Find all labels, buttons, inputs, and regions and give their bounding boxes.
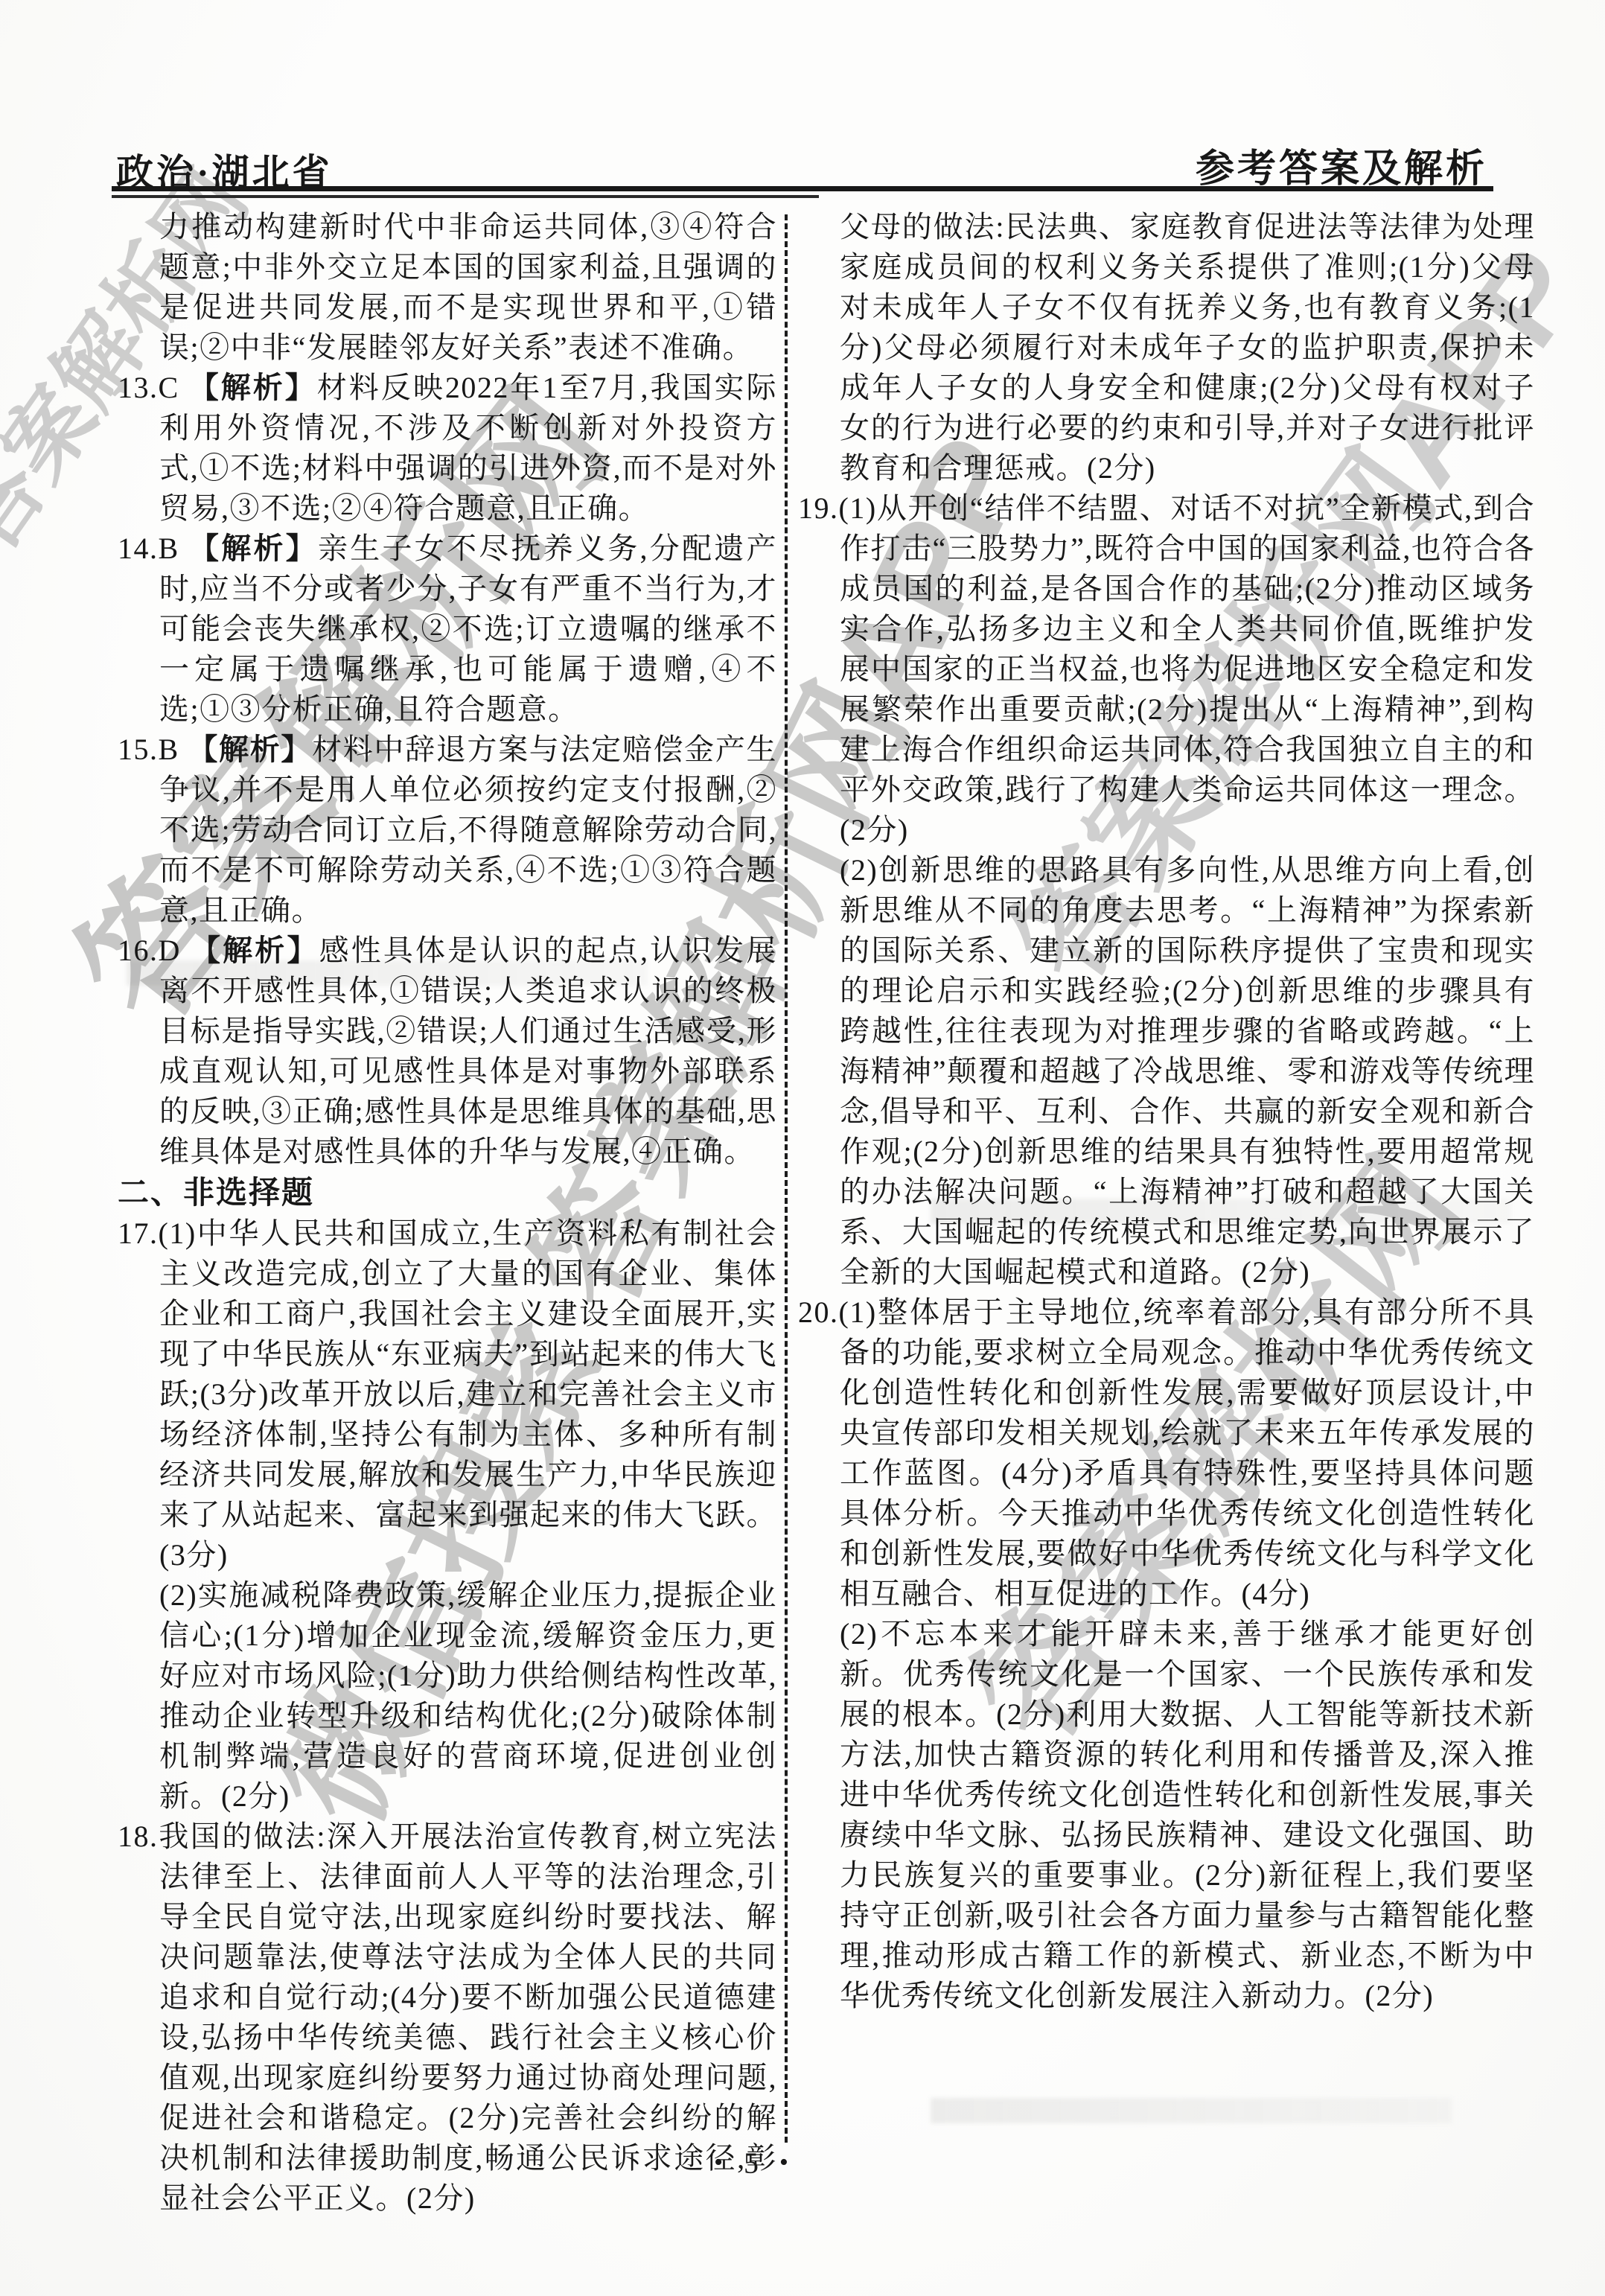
analysis-tag: 【解析】 <box>191 934 319 967</box>
page-number-row: •5• <box>0 2146 1504 2181</box>
answer-text: (2)实施减税降费政策,缓解企业压力,提振企业信心;(1分)增加企业现金流,缓解… <box>159 1578 777 1813</box>
item-number: 15.B <box>118 733 188 766</box>
scanned-answer-page: 答案解析网 答案解析网 微信搜索 答案解析网APP 答案解析网APP 答案解析网… <box>0 0 1605 2296</box>
header-rule <box>112 186 1493 191</box>
answer-text: 力推动构建新时代中非命运共同体,③④符合题意;中非外交立足本国的国家利益,且强调… <box>159 210 777 364</box>
page-title: 参考答案及解析 <box>1196 137 1487 193</box>
answer-text: 从开创“结伴不结盟、对话不对抗”全新模式,到合作打击“三股势力”,既符合中国的国… <box>840 491 1535 846</box>
answer-paragraph: (2)实施减税降费政策,缓解企业压力,提振企业信心;(1分)增加企业现金流,缓解… <box>118 1575 777 1817</box>
header-rule-shadow <box>112 195 819 198</box>
answer-text: (2)不忘本来才能开辟未来,善于继承才能更好创新。优秀传统文化是一个国家、一个民… <box>840 1617 1535 2012</box>
answer-item: 16.D 【解析】感性具体是认识的起点,认识发展离不开感性具体,①错误;人类追求… <box>118 931 777 1172</box>
answer-text: (2)创新思维的思路具有多向性,从思维方向上看,创新思维从不同的角度去思考。“上… <box>840 853 1535 1289</box>
item-number: 18. <box>118 1820 159 1853</box>
column-divider <box>785 214 788 2143</box>
answer-paragraph: (2)不忘本来才能开辟未来,善于继承才能更好创新。优秀传统文化是一个国家、一个民… <box>798 1614 1535 2016</box>
answer-text: 中华人民共和国成立,生产资料私有制社会主义改造完成,创立了大量的国有企业、集体企… <box>159 1216 777 1572</box>
item-number: 13.C <box>118 371 189 404</box>
analysis-tag: 【解析】 <box>189 371 317 404</box>
item-number: 16.D <box>118 934 191 967</box>
analysis-tag: 【解析】 <box>189 532 318 565</box>
item-number: 17.(1) <box>118 1216 197 1250</box>
answer-paragraph: 力推动构建新时代中非命运共同体,③④符合题意;中非外交立足本国的国家利益,且强调… <box>118 207 777 368</box>
answer-item: 14.B 【解析】亲生子女不尽抚养义务,分配遗产时,应当不分或者少分,子女有严重… <box>118 529 777 730</box>
answers-column-left: 力推动构建新时代中非命运共同体,③④符合题意;中非外交立足本国的国家利益,且强调… <box>118 207 777 2219</box>
answer-item: 15.B 【解析】材料中辞退方案与法定赔偿金产生争议,并不是用人单位必须按约定支… <box>118 730 777 931</box>
answer-item: 13.C 【解析】材料反映2022年1至7月,我国实际利用外资情况,不涉及不断创… <box>118 368 777 529</box>
item-number: 20.(1) <box>798 1295 877 1329</box>
answer-item: 17.(1)中华人民共和国成立,生产资料私有制社会主义改造完成,创立了大量的国有… <box>118 1214 777 1575</box>
answers-column-right: 父母的做法:民法典、家庭教育促进法等法律为处理家庭成员间的权利义务关系提供了准则… <box>798 207 1535 2016</box>
page-number-decor: • <box>714 2149 724 2177</box>
answer-text: 感性具体是认识的起点,认识发展离不开感性具体,①错误;人类追求认识的终极目标是指… <box>159 934 777 1168</box>
page-number-decor: • <box>779 2149 790 2177</box>
scan-bleedthrough <box>931 2098 1452 2123</box>
answer-item: 20.(1)整体居于主导地位,统率着部分,具有部分所不具备的功能,要求树立全局观… <box>798 1292 1535 1614</box>
answer-paragraph: 父母的做法:民法典、家庭教育促进法等法律为处理家庭成员间的权利义务关系提供了准则… <box>798 207 1535 488</box>
section-heading: 二、非选择题 <box>118 1172 777 1214</box>
answer-item: 19.(1)从开创“结伴不结盟、对话不对抗”全新模式,到合作打击“三股势力”,既… <box>798 488 1535 850</box>
page-number: 5 <box>744 2146 760 2180</box>
answer-text: 父母的做法:民法典、家庭教育促进法等法律为处理家庭成员间的权利义务关系提供了准则… <box>840 210 1535 485</box>
item-number: 19.(1) <box>798 491 877 525</box>
analysis-tag: 【解析】 <box>188 733 312 766</box>
item-number: 14.B <box>118 532 189 565</box>
answer-paragraph: (2)创新思维的思路具有多向性,从思维方向上看,创新思维从不同的角度去思考。“上… <box>798 850 1535 1292</box>
answer-text: 整体居于主导地位,统率着部分,具有部分所不具备的功能,要求树立全局观念。推动中华… <box>840 1295 1535 1610</box>
